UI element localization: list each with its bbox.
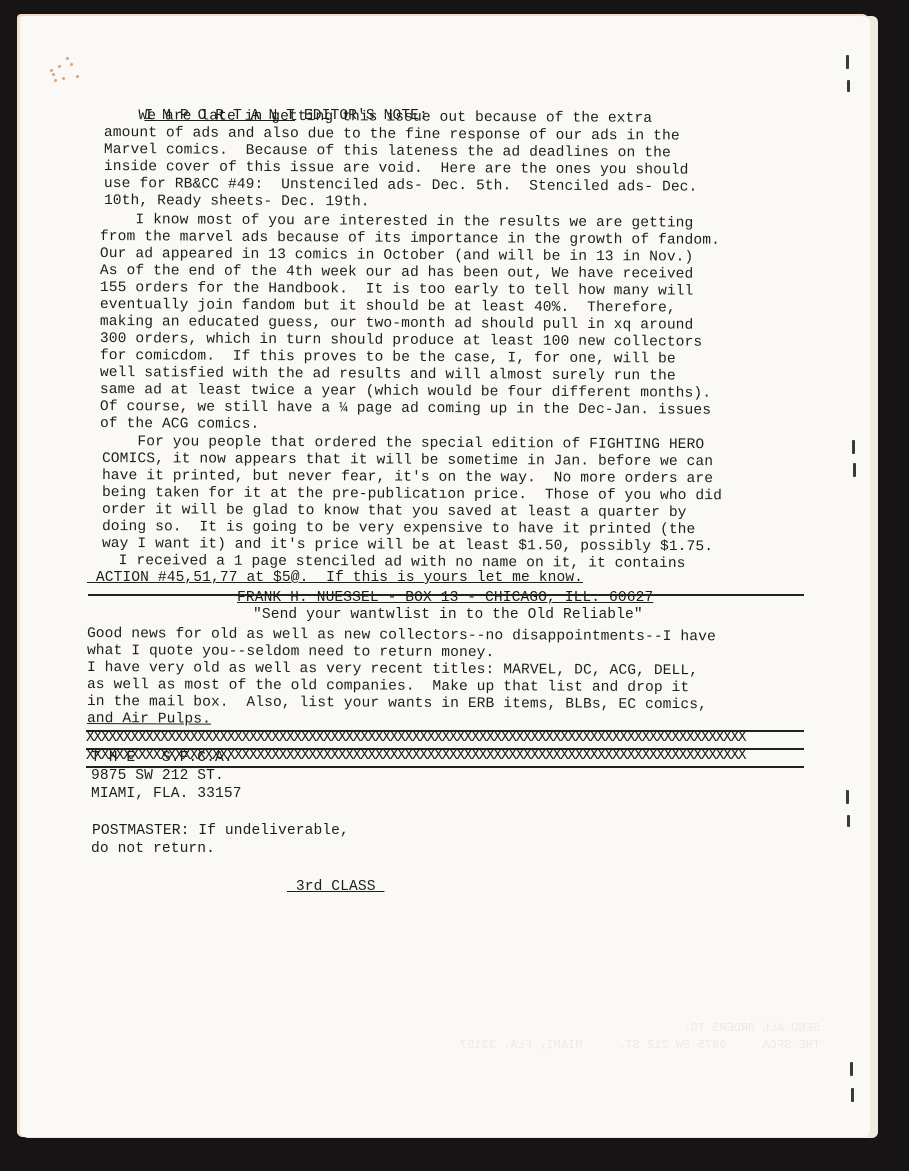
note-line: We are late in getting this issue out be… xyxy=(103,108,652,127)
ad-header: FRANK H. NUESSEL - BOX 13 - CHICAGO, ILL… xyxy=(237,590,653,606)
ad-line: what I quote you--seldom need to return … xyxy=(87,643,495,661)
note-line: ACTION #45,51,77 at $5@. If this is your… xyxy=(87,570,583,586)
note-line: 10th, Ready sheets- Dec. 19th. xyxy=(104,193,370,210)
ad-line: and Air Pulps. xyxy=(87,711,211,728)
note-line: doing so. It is going to be very expensi… xyxy=(102,519,696,538)
ad-line: I have very old as well as very recent t… xyxy=(87,660,698,679)
note-line: For you people that ordered the special … xyxy=(102,434,704,453)
ad-line: in the mail box. Also, list your wants i… xyxy=(87,694,707,713)
note-line: of the ACG comics. xyxy=(100,416,260,433)
note-line: have it printed, but never fear, it's on… xyxy=(102,468,713,487)
divider-x-row: XXXXXXXXXXXXXXXXXXXXXXXXXXXXXXXXXXXXXXXX… xyxy=(86,730,802,746)
document: I M P O R T A N T EDITOR'S NOTE: We are … xyxy=(0,0,909,1171)
note-line: being taken for it at the pre-publicatıo… xyxy=(102,485,722,504)
mail-class: 3rd CLASS xyxy=(287,879,384,895)
mailing-org: T H E S.F.C.A. xyxy=(91,750,233,766)
note-line: order it will be glad to know that you s… xyxy=(102,502,687,521)
mailing-street: 9875 SW 212 ST. xyxy=(91,768,224,784)
note-line: way I want it) and it's price will be at… xyxy=(102,536,713,555)
note-line: COMICS, it now appears that it will be s… xyxy=(102,451,713,470)
ad-slogan: "Send your wantwlist in to the Old Relia… xyxy=(253,607,643,623)
ad-line: Good news for old as well as new collect… xyxy=(87,626,716,645)
mailing-city: MIAMI, FLA. 33157 xyxy=(91,786,242,802)
postmaster-note: POSTMASTER: If undeliverable, xyxy=(92,823,349,839)
ad-line: as well as most of the old companies. Ma… xyxy=(87,677,689,696)
postmaster-note: do not return. xyxy=(91,841,215,857)
